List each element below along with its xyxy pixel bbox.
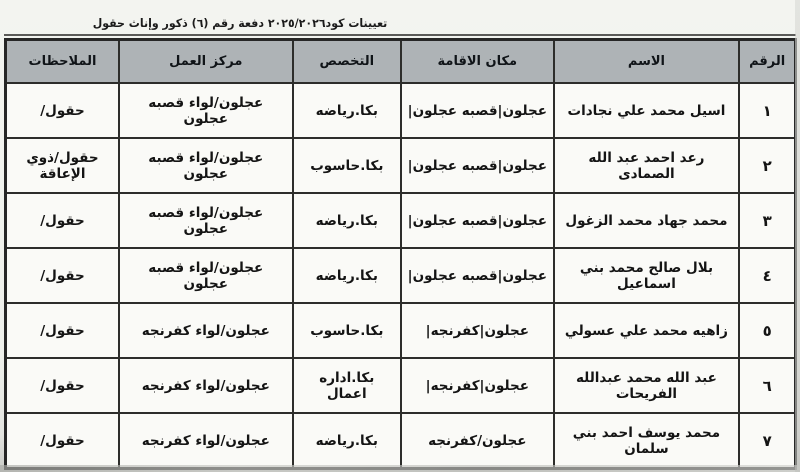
cell-specialization: بكا.اداره اعمال xyxy=(293,358,401,413)
cell-name: عبد الله محمد عبدالله الفريحات xyxy=(554,358,740,413)
table-row: ٣ محمد جهاد محمد الزغول عجلون|قصبه عجلون… xyxy=(6,193,796,248)
col-header-specialization: التخصص xyxy=(293,40,401,84)
table-row: ٤ بلال صالح محمد بني اسماعيل عجلون|قصبه … xyxy=(6,248,796,303)
cell-name: محمد جهاد محمد الزغول xyxy=(554,193,740,248)
cell-residence: عجلون|قصبه عجلون| xyxy=(401,83,554,138)
title-underline xyxy=(4,34,796,36)
cell-notes: حقول/ذوي الإعاقة xyxy=(6,138,119,193)
cell-number: ٢ xyxy=(739,138,795,193)
cell-number: ٤ xyxy=(739,248,795,303)
cell-number: ٣ xyxy=(739,193,795,248)
scan-edge-artifact-right xyxy=(795,0,800,472)
cell-notes: حقول/ xyxy=(6,358,119,413)
cell-work-center: عجلون/لواء قصبه عجلون xyxy=(119,193,293,248)
cell-residence: عجلون|كفرنجه| xyxy=(401,303,554,358)
cell-work-center: عجلون/لواء كفرنجه xyxy=(119,413,293,469)
cell-number: ٦ xyxy=(739,358,795,413)
table-row: ١ اسيل محمد علي نجادات عجلون|قصبه عجلون|… xyxy=(6,83,796,138)
col-header-number: الرقم xyxy=(739,40,795,84)
cell-work-center: عجلون/لواء كفرنجه xyxy=(119,358,293,413)
table-row: ٧ محمد يوسف احمد بني سلمان عجلون/كفرنجه … xyxy=(6,413,796,469)
table-row: ٦ عبد الله محمد عبدالله الفريحات عجلون|ك… xyxy=(6,358,796,413)
cell-name: بلال صالح محمد بني اسماعيل xyxy=(554,248,740,303)
cell-specialization: بكا.رياضه xyxy=(293,413,401,469)
table-row: ٥ زاهيه محمد علي عسولي عجلون|كفرنجه| بكا… xyxy=(6,303,796,358)
cell-notes: حقول/ xyxy=(6,413,119,469)
cell-specialization: بكا.حاسوب xyxy=(293,303,401,358)
col-header-work-center: مركز العمل xyxy=(119,40,293,84)
col-header-notes: الملاحظات xyxy=(6,40,119,84)
scan-edge-artifact-bottom xyxy=(0,465,800,472)
cell-residence: عجلون|قصبه عجلون| xyxy=(401,138,554,193)
cell-name: رعد احمد عبد الله الصمادى xyxy=(554,138,740,193)
table-row: ٢ رعد احمد عبد الله الصمادى عجلون|قصبه ع… xyxy=(6,138,796,193)
cell-specialization: بكا.رياضه xyxy=(293,248,401,303)
cell-notes: حقول/ xyxy=(6,83,119,138)
cell-notes: حقول/ xyxy=(6,248,119,303)
cell-residence: عجلون/كفرنجه xyxy=(401,413,554,469)
cell-residence: عجلون|قصبه عجلون| xyxy=(401,248,554,303)
cell-work-center: عجلون/لواء كفرنجه xyxy=(119,303,293,358)
table-header-row: الرقم الاسم مكان الاقامة التخصص مركز الع… xyxy=(6,40,796,84)
appointments-table: الرقم الاسم مكان الاقامة التخصص مركز الع… xyxy=(4,38,797,470)
col-header-residence: مكان الاقامة xyxy=(401,40,554,84)
cell-number: ١ xyxy=(739,83,795,138)
cell-number: ٧ xyxy=(739,413,795,469)
page-title: تعيينات كود٢٠٢٥/٢٠٢٦ دفعة رقم (٦) ذكور و… xyxy=(93,17,388,31)
cell-name: محمد يوسف احمد بني سلمان xyxy=(554,413,740,469)
cell-name: اسيل محمد علي نجادات xyxy=(554,83,740,138)
scanned-document-page: تعيينات كود٢٠٢٥/٢٠٢٦ دفعة رقم (٦) ذكور و… xyxy=(0,0,800,472)
cell-work-center: عجلون/لواء قصبه عجلون xyxy=(119,248,293,303)
cell-number: ٥ xyxy=(739,303,795,358)
cell-specialization: بكا.رياضه xyxy=(293,193,401,248)
cell-notes: حقول/ xyxy=(6,303,119,358)
cell-specialization: بكا.رياضه xyxy=(293,83,401,138)
cell-name: زاهيه محمد علي عسولي xyxy=(554,303,740,358)
title-area: تعيينات كود٢٠٢٥/٢٠٢٦ دفعة رقم (٦) ذكور و… xyxy=(0,0,480,31)
cell-work-center: عجلون/لواء قصبه عجلون xyxy=(119,138,293,193)
cell-residence: عجلون|قصبه عجلون| xyxy=(401,193,554,248)
cell-residence: عجلون|كفرنجه| xyxy=(401,358,554,413)
cell-notes: حقول/ xyxy=(6,193,119,248)
col-header-name: الاسم xyxy=(554,40,740,84)
cell-specialization: بكا.حاسوب xyxy=(293,138,401,193)
cell-work-center: عجلون/لواء قصبه عجلون xyxy=(119,83,293,138)
